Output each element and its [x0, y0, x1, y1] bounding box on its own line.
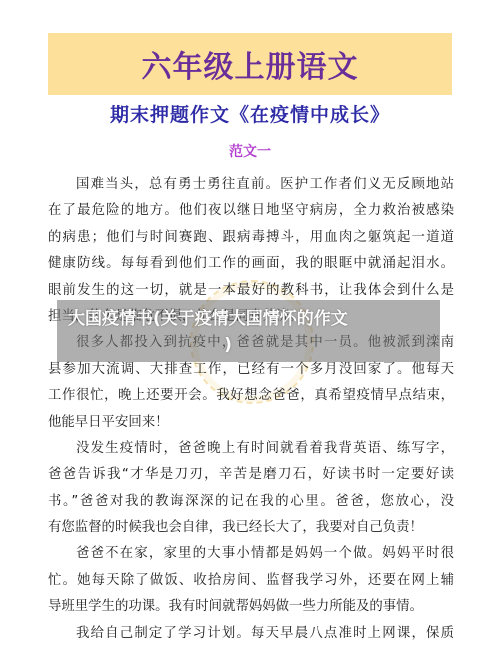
essay-line: 爸爸告诉我“才华是刀刃，辛苦是磨刀石，好读书时一定要好读: [48, 462, 454, 488]
caption-line-2: ): [68, 332, 418, 358]
section-label: 范文一: [0, 141, 500, 161]
essay-body: 国难当头，总有勇士勇往直前。医护工作者们义无反顾地站 在了最危险的地方。他们夜以…: [48, 172, 454, 647]
essay-line: 健康防线。每每看到他们工作的画面，我的眼眶中就涌起泪水。: [48, 251, 454, 277]
essay-subtitle: 期末押题作文《在疫情中成长》: [0, 100, 500, 127]
essay-line: 的病患；他们与时间赛跑、跟病毒搏斗，用血肉之躯筑起一道道: [48, 225, 454, 251]
essay-line: 没发生疫情时，爸爸晚上有时间就看着我背英语、练写字，: [48, 436, 454, 462]
document-title: 六年级上册语文: [142, 42, 359, 86]
essay-line: 有您监督的时候我也会自律，我已经长大了，我要对自己负责！: [48, 515, 454, 541]
essay-line: 他能早日平安回来！: [48, 410, 454, 436]
essay-line: 国难当头，总有勇士勇往直前。医护工作者们义无反顾地站: [48, 172, 454, 198]
essay-line: 忙。她每天除了做饭、收拾房间、监督我学习外，还要在网上辅: [48, 568, 454, 594]
essay-line: 我给自己制定了学习计划。每天早晨八点准时上网课，保质: [48, 621, 454, 647]
title-banner: 六年级上册语文: [48, 33, 452, 95]
essay-line: 爸爸不在家，家里的大事小情都是妈妈一个做。妈妈平时很: [48, 541, 454, 567]
essay-line: 书。”爸爸对我的教诲深深的记在我的心里。爸爸，您放心，没: [48, 489, 454, 515]
essay-line: 导班里学生的功课。我有时间就帮妈妈做一些力所能及的事情。: [48, 594, 454, 620]
essay-line: 工作很忙，晚上还要开会。我好想念爸爸，真希望疫情早点结束，: [48, 383, 454, 409]
caption-line-1: 大国疫情书(关于疫情大国情怀的作文: [68, 309, 348, 329]
caption-overlay-text: 大国疫情书(关于疫情大国情怀的作文 ): [68, 306, 418, 358]
essay-line: 在了最危险的地方。他们夜以继日地坚守病房，全力救治被感染: [48, 198, 454, 224]
